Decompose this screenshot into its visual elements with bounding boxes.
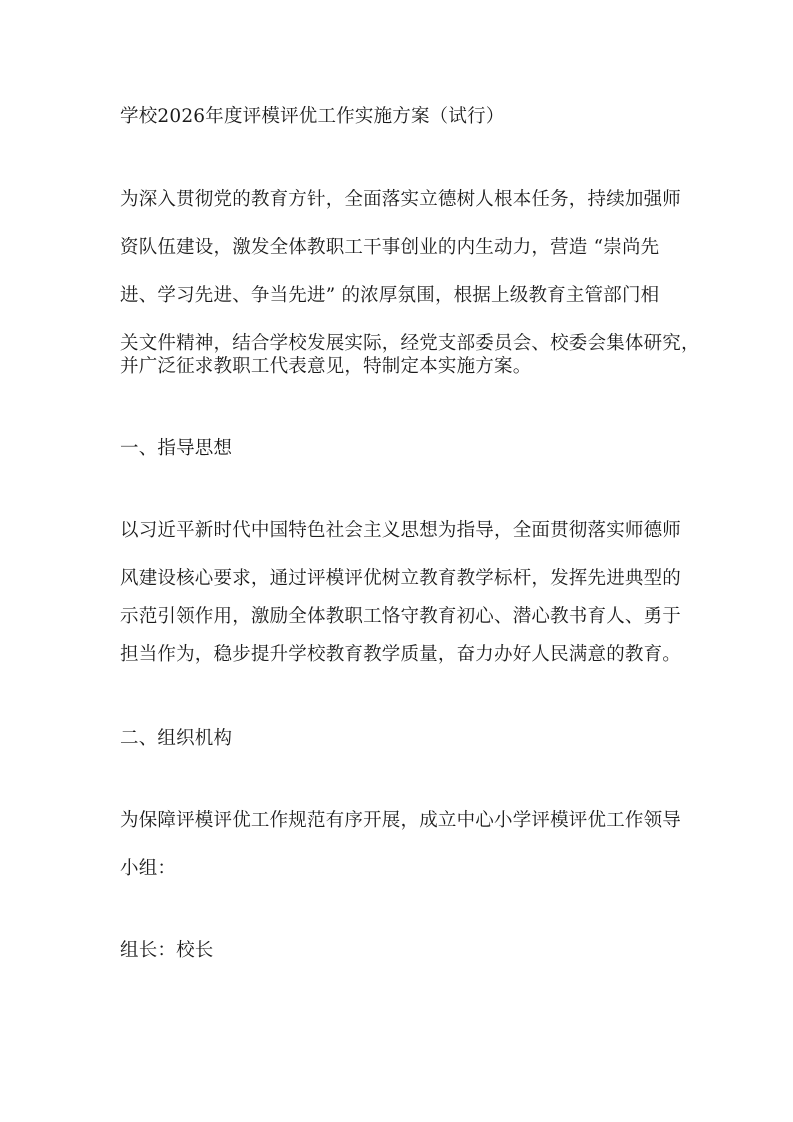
paragraph-line: 风建设核心要求，通过评模评优树立教育教学标杆，发挥先进典型的: [120, 567, 681, 591]
paragraph-line: 示范引领作用，激励全体教职工恪守教育初心、潜心教书育人、勇于: [120, 605, 681, 629]
document-title: 学校2026年度评模评优工作实施方案（试行）: [120, 105, 504, 129]
group-leader-line: 组长：校长: [120, 939, 214, 963]
paragraph-line: 担当作为，稳步提升学校教育教学质量，奋力办好人民满意的教育。: [120, 643, 681, 667]
intro-line: 为深入贯彻党的教育方针，全面落实立德树人根本任务，持续加强师: [120, 188, 681, 212]
paragraph-line: 以习近平新时代中国特色社会主义思想为指导，全面贯彻落实师德师: [120, 519, 681, 543]
intro-line: 关文件精神，结合学校发展实际，经党支部委员会、校委会集体研究，: [120, 332, 700, 356]
document-page: 学校2026年度评模评优工作实施方案（试行） 为深入贯彻党的教育方针，全面落实立…: [0, 0, 793, 1122]
paragraph-line: 为保障评模评优工作规范有序开展，成立中心小学评模评优工作领导: [120, 809, 681, 833]
intro-line: 进、学习先进、争当先进” 的浓厚氛围，根据上级教育主管部门相: [120, 284, 659, 308]
intro-line: 并广泛征求教职工代表意见，特制定本实施方案。: [120, 355, 531, 379]
paragraph-line: 小组：: [120, 857, 176, 881]
intro-line: 资队伍建设，激发全体教职工干事创业的内生动力，营造 “崇尚先: [120, 236, 659, 260]
section-heading-organization: 二、组织机构: [120, 727, 232, 751]
section-heading-guiding-ideology: 一、指导思想: [120, 437, 232, 461]
